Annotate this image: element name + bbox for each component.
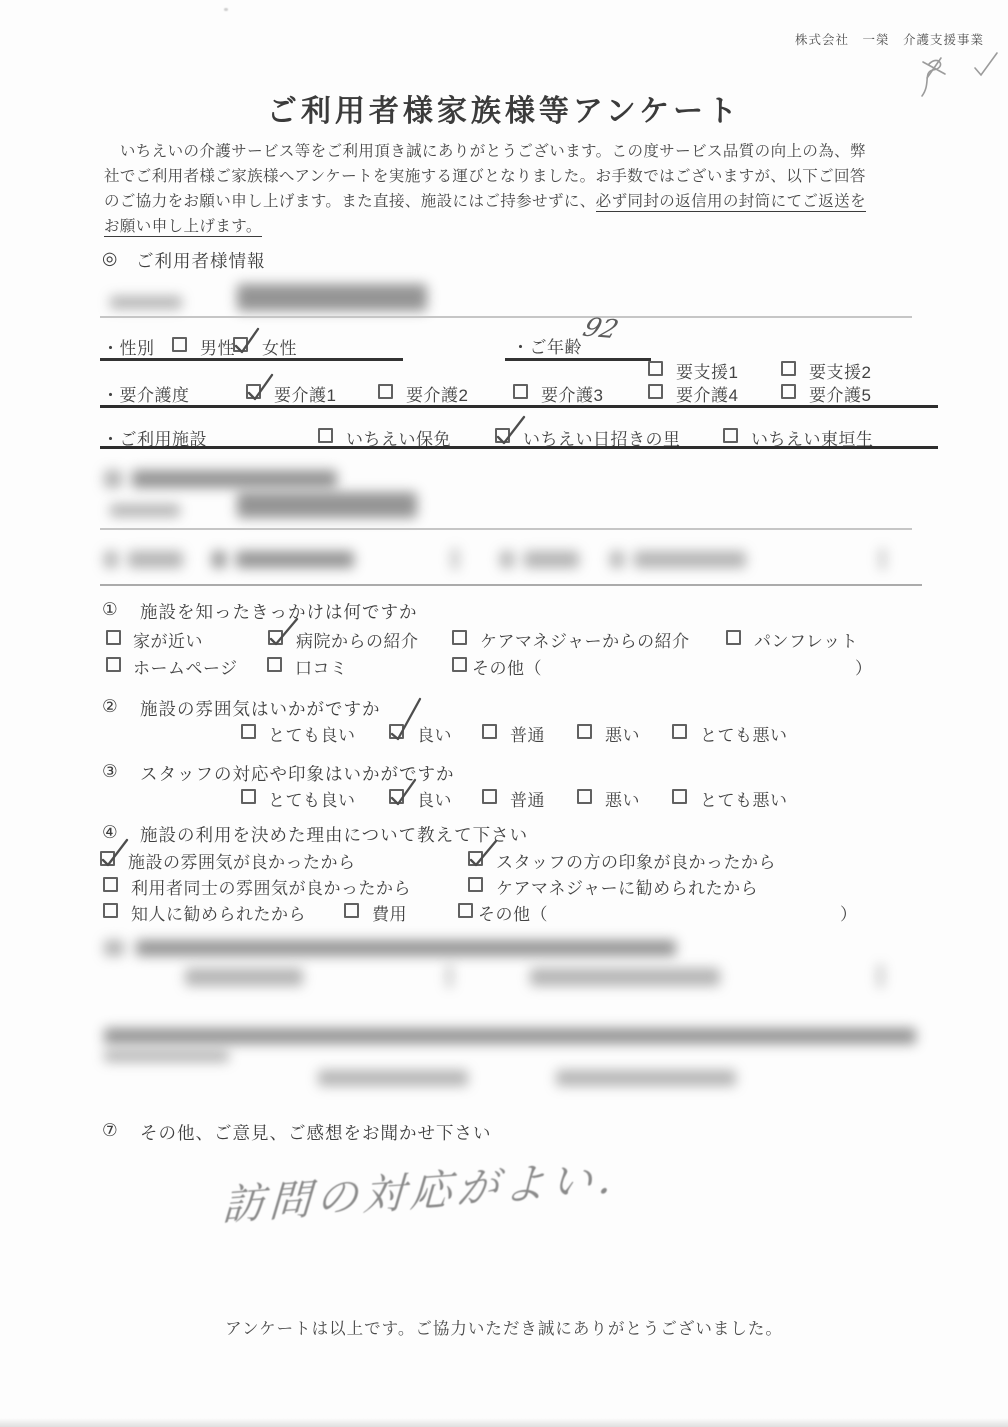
- redacted-checkbox: [500, 551, 514, 568]
- redacted-name-value: [237, 492, 417, 518]
- q2-checkbox-bad[interactable]: [577, 724, 592, 739]
- redacted-q5-text: [136, 940, 676, 956]
- redacted-checkbox: [104, 551, 118, 568]
- option-label-care-5: 要介護5: [809, 381, 871, 406]
- checkbox-facility-hizamaki[interactable]: [495, 428, 510, 443]
- q3-checkbox-normal[interactable]: [482, 789, 497, 804]
- q1-checkbox-pamphlet[interactable]: [726, 630, 741, 645]
- option-label-care-3: 要介護3: [541, 381, 603, 406]
- redacted-q5-number: [104, 940, 124, 956]
- intro-line-3: のご協力をお願い申し上げます。また直接、施設にはご持参せずに、必ず同封の返信用の…: [104, 189, 866, 211]
- q3-checkbox-bad[interactable]: [577, 789, 592, 804]
- intro-line-4-underlined: お願い申し上げます。: [104, 218, 262, 237]
- company-name: 株式会社 一榮 介護支援事業: [795, 30, 984, 48]
- option-label-support-2: 要支援2: [809, 358, 871, 383]
- q4-option-friend-recommended: 知人に勧められたから: [131, 900, 306, 925]
- q1-checkbox-caremanager-referral[interactable]: [452, 630, 467, 645]
- option-label-care-1: 要介護1: [274, 381, 336, 406]
- checkbox-care-1[interactable]: [246, 384, 261, 399]
- redacted-q6-option: [556, 1070, 736, 1086]
- q4-option-users-atmosphere: 利用者同士の雰囲気が良かったから: [131, 874, 411, 899]
- redacted-option: [634, 551, 746, 568]
- q4-option-other: その他（: [478, 900, 548, 925]
- redacted-section-mark: [104, 470, 122, 488]
- q4-checkbox-staff-impression-good[interactable]: [468, 851, 483, 866]
- option-label-female: 女性: [262, 334, 297, 359]
- divider-line: [100, 316, 912, 318]
- q2-option-normal: 普通: [510, 721, 545, 746]
- q2-number: ②: [102, 696, 118, 717]
- checkbox-female[interactable]: [233, 337, 248, 352]
- checkbox-support-1[interactable]: [648, 361, 663, 376]
- section-mark: ◎: [102, 248, 118, 269]
- q7-handwritten-answer-wrap: 訪問の対応がよい．: [222, 1158, 645, 1218]
- option-label-male: 男性: [200, 334, 235, 359]
- q7-handwritten-answer[interactable]: 訪問の対応がよい．: [221, 1143, 646, 1233]
- q1-other-paren-close: ）: [855, 654, 873, 679]
- q2-option-good: 良い: [417, 721, 452, 746]
- q3-option-very-good: とても良い: [268, 786, 356, 811]
- redacted-q6-text-line1: [104, 1028, 916, 1044]
- q3-option-bad: 悪い: [605, 786, 640, 811]
- intro-line-4: お願い申し上げます。: [104, 214, 262, 236]
- q1-number: ①: [102, 599, 118, 620]
- intro-line-3-plain: のご協力をお願い申し上げます。また直接、施設にはご持参せずに、: [104, 193, 596, 210]
- checkbox-male[interactable]: [172, 337, 187, 352]
- redacted-name-label: [110, 504, 180, 517]
- checkbox-care-5[interactable]: [781, 384, 796, 399]
- q4-checkbox-users-atmosphere[interactable]: [103, 877, 118, 892]
- option-label-support-1: 要支援1: [676, 358, 738, 383]
- redacted-checkbox: [212, 551, 226, 568]
- scan-edge-shadow: [0, 1418, 1008, 1427]
- redacted-option: [236, 551, 354, 568]
- redacted-name-label: [110, 296, 182, 309]
- checkbox-care-4[interactable]: [648, 384, 663, 399]
- q1-option-hospital-referral: 病院からの紹介: [296, 627, 419, 652]
- q1-checkbox-near-home[interactable]: [106, 630, 121, 645]
- redacted-q6-text-line2: [104, 1050, 229, 1062]
- q1-checkbox-hospital-referral[interactable]: [268, 630, 283, 645]
- q3-checkbox-very-bad[interactable]: [672, 789, 687, 804]
- redacted-q5-option: [185, 968, 303, 986]
- intro-line-2: 社でご利用者様ご家族様へアンケートを実施する運びとなりました。お手数ではございま…: [104, 164, 866, 186]
- redacted-section-title: [132, 470, 337, 488]
- redacted-option: [524, 551, 579, 568]
- q4-option-staff-impression-good: スタッフの方の印象が良かったから: [496, 848, 776, 873]
- q4-checkbox-atmosphere-good[interactable]: [100, 851, 115, 866]
- option-label-care-2: 要介護2: [406, 381, 468, 406]
- q4-option-caremanager-recommended: ケアマネジャーに勧められたから: [496, 874, 758, 899]
- divider-line: [100, 358, 403, 361]
- q3-option-normal: 普通: [510, 786, 545, 811]
- intro-line-3-underlined: 必ず同封の返信用の封筒にてご返送を: [596, 193, 866, 212]
- q2-option-very-good: とても良い: [268, 721, 356, 746]
- q2-checkbox-very-good[interactable]: [241, 724, 256, 739]
- checkbox-facility-higashigaio[interactable]: [723, 428, 738, 443]
- q1-option-word-of-mouth: 口コミ: [295, 654, 348, 679]
- q4-checkbox-friend-recommended[interactable]: [103, 903, 118, 918]
- scan-speck: [224, 8, 228, 11]
- q3-checkbox-good[interactable]: [389, 789, 404, 804]
- redacted-q5-paren: [878, 964, 883, 988]
- q3-option-very-bad: とても悪い: [700, 786, 788, 811]
- q7-number: ⑦: [102, 1120, 118, 1141]
- redacted-option: [128, 551, 183, 568]
- redacted-paren: [880, 548, 885, 570]
- divider-line: [100, 584, 922, 586]
- q4-option-atmosphere-good: 施設の雰囲気が良かったから: [128, 848, 356, 873]
- q1-option-pamphlet: パンフレット: [754, 627, 858, 652]
- q7-text: その他、ご意見、ご感想をお聞かせ下さい: [140, 1120, 492, 1145]
- checkbox-care-2[interactable]: [378, 384, 393, 399]
- q3-checkbox-very-good[interactable]: [241, 789, 256, 804]
- q2-checkbox-normal[interactable]: [482, 724, 497, 739]
- footer-thanks: アンケートは以上です。ご協力いただき誠にありがとうございました。: [0, 1315, 1008, 1339]
- redacted-q6-option: [318, 1070, 468, 1086]
- q4-checkbox-cost[interactable]: [344, 903, 359, 918]
- section-title-user-info: ご利用者様情報: [136, 248, 266, 273]
- redacted-paren: [452, 548, 458, 570]
- q1-option-near-home: 家が近い: [133, 627, 203, 652]
- q4-other-paren-close: ）: [840, 900, 858, 925]
- checkbox-care-3[interactable]: [513, 384, 528, 399]
- q4-checkbox-other[interactable]: [458, 903, 473, 918]
- survey-document: 株式会社 一榮 介護支援事業 ご利用者様家族様等アンケート いちえいの介護サービ…: [0, 0, 1008, 1427]
- redacted-name-value: [237, 284, 427, 311]
- gender-label: ・性別: [102, 334, 155, 359]
- q1-checkbox-word-of-mouth[interactable]: [267, 657, 282, 672]
- q1-option-other: その他（: [472, 654, 542, 679]
- checkbox-facility-homen[interactable]: [318, 428, 333, 443]
- q4-checkbox-caremanager-recommended[interactable]: [468, 877, 483, 892]
- intro-line-1: いちえいの介護サービス等をご利用頂き誠にありがとうございます。この度サービス品質…: [104, 139, 866, 161]
- q1-checkbox-homepage[interactable]: [106, 657, 121, 672]
- q4-option-cost: 費用: [372, 900, 407, 925]
- q3-number: ③: [102, 761, 118, 782]
- age-label: ・ご年齢: [512, 333, 582, 358]
- redacted-q5-option: [530, 968, 720, 986]
- option-label-care-4: 要介護4: [676, 381, 738, 406]
- divider-line: [100, 528, 912, 530]
- divider-line: [100, 446, 938, 449]
- redacted-q5-paren: [447, 964, 452, 988]
- redacted-checkbox: [610, 551, 624, 568]
- q2-checkbox-good[interactable]: [389, 724, 404, 739]
- checkbox-support-2[interactable]: [781, 361, 796, 376]
- q2-option-very-bad: とても悪い: [700, 721, 788, 746]
- divider-line: [505, 358, 651, 361]
- q2-checkbox-very-bad[interactable]: [672, 724, 687, 739]
- q2-option-bad: 悪い: [605, 721, 640, 746]
- q3-option-good: 良い: [417, 786, 452, 811]
- q2-text: 施設の雰囲気はいかがですか: [140, 696, 381, 721]
- q1-checkbox-other[interactable]: [452, 657, 467, 672]
- page-title: ご利用者様家族様等アンケート: [0, 86, 1008, 130]
- q1-option-homepage: ホームページ: [133, 654, 238, 679]
- care-level-label: ・要介護度: [102, 381, 190, 406]
- q1-option-caremanager-referral: ケアマネジャーからの紹介: [480, 627, 690, 652]
